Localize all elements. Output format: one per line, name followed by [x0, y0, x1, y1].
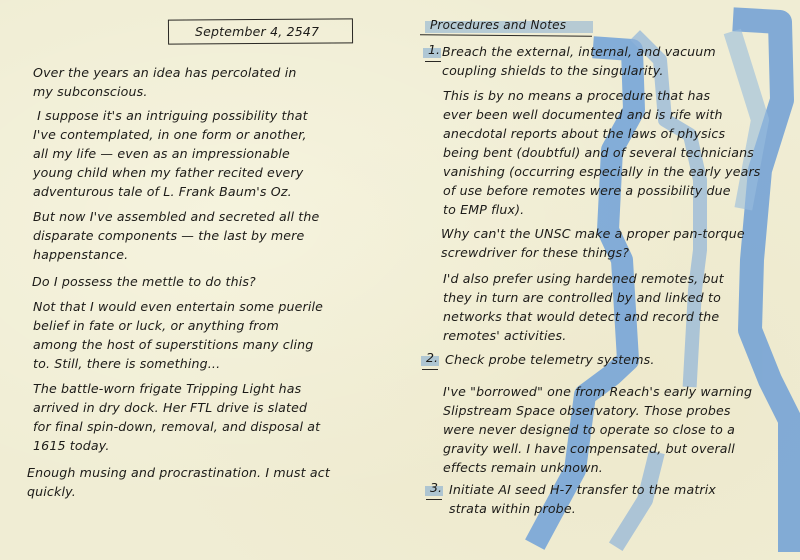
paragraph: Not that I would even entertain some pue…	[33, 297, 323, 373]
step-title: Check probe telemetry systems.	[445, 350, 654, 369]
step-number-underline	[422, 369, 438, 370]
step-number: 3.	[430, 480, 442, 495]
step-number-underline	[425, 61, 441, 62]
paragraph: Over the years an idea has percolated in…	[33, 63, 296, 101]
step-number: 1.	[428, 42, 440, 57]
step-note: This is by no means a procedure that has…	[443, 86, 761, 219]
step-title: Initiate AI seed H-7 transfer to the mat…	[449, 480, 716, 518]
paragraph: Do I possess the mettle to do this?	[32, 272, 256, 291]
step-note: I've "borrowed" one from Reach's early w…	[443, 382, 752, 477]
step-note: Why can't the UNSC make a proper pan-tor…	[441, 224, 745, 262]
step-number: 2.	[426, 350, 438, 365]
paragraph: Enough musing and procrastination. I mus…	[27, 463, 330, 501]
step-note: I'd also prefer using hardened remotes, …	[443, 269, 724, 345]
entry-date: September 4, 2547	[195, 24, 319, 39]
step-title: Breach the external, internal, and vacuu…	[442, 42, 716, 80]
paragraph: I suppose it's an intriguing possibility…	[33, 106, 308, 201]
procedures-heading: Procedures and Notes	[430, 18, 566, 32]
paragraph: But now I've assembled and secreted all …	[33, 207, 319, 264]
paragraph: The battle-worn frigate Tripping Light h…	[33, 379, 320, 455]
step-number-underline	[426, 499, 442, 500]
